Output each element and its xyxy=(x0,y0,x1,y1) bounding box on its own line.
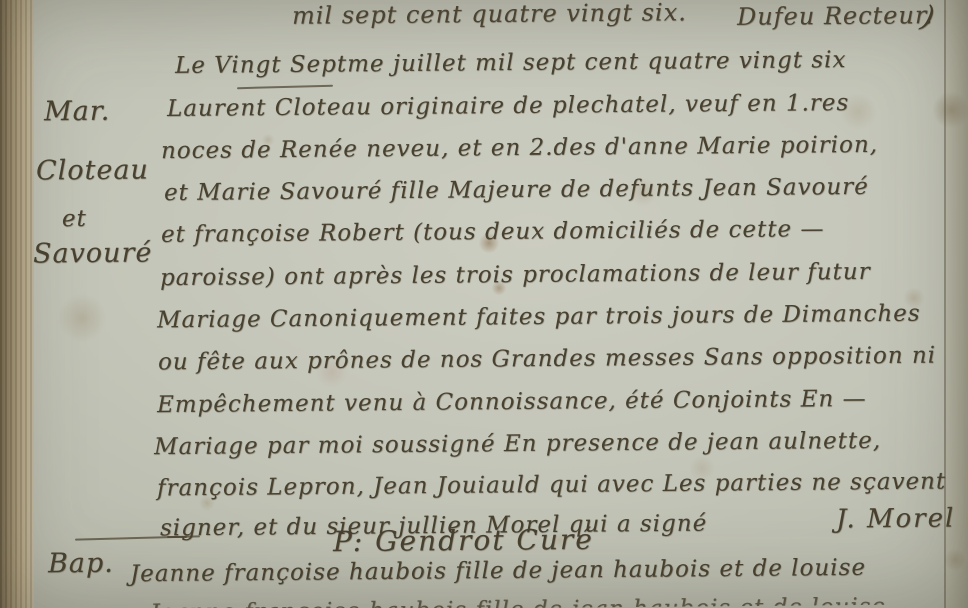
baptism-line-2-cutoff: Jeanne françoise haubois fille de jean h… xyxy=(150,594,886,608)
priest-signature: P: Gendrot Curé xyxy=(333,523,594,558)
marriage-line-6: paroisse) ont après les trois proclamati… xyxy=(160,259,871,291)
dash-mark xyxy=(167,536,187,538)
marriage-line-2: Laurent Cloteau originaire de plechatel,… xyxy=(167,90,849,122)
page-edges-texture xyxy=(0,0,34,608)
marriage-line-1: Le Vingt Septme juillet mil sept cent qu… xyxy=(175,47,847,79)
baptism-line-1: Jeanne françoise haubois fille de jean h… xyxy=(130,555,866,587)
marriage-line-3: noces de Renée neveu, et en 2.des d'anne… xyxy=(161,132,878,164)
margin-groom-surname: Cloteau xyxy=(36,155,149,187)
marriage-line-9: Empêchement venu à Connoissance, été Con… xyxy=(157,386,867,418)
margin-bride-surname: Savouré xyxy=(33,237,153,269)
marriage-line-11: françois Lepron, Jean Jouiauld qui avec … xyxy=(157,469,946,502)
marriage-line-7: Mariage Canoniquement faites par trois j… xyxy=(157,301,921,334)
parish-register-page-photo: mil sept cent quatre vingt six. Dufeu Re… xyxy=(0,0,968,608)
marriage-line-10: Mariage par moi soussigné En presence de… xyxy=(154,428,881,460)
witness-signature: J. Morel xyxy=(836,503,956,534)
separator-stroke-top xyxy=(237,85,333,90)
margin-baptism-abbrev: Bap. xyxy=(48,548,114,580)
margin-conjunction: et xyxy=(62,206,87,232)
previous-record-officiant-signature: Dufeu Recteur. xyxy=(737,1,934,31)
marriage-line-5: et françoise Robert (tous deux domicilié… xyxy=(161,216,825,248)
margin-marriage-abbrev: Mar. xyxy=(44,96,111,128)
book-binding-edge xyxy=(0,0,34,608)
previous-record-closing-text: mil sept cent quatre vingt six. xyxy=(292,0,687,30)
marriage-line-8: ou fête aux prônes de nos Grandes messes… xyxy=(158,343,936,376)
marriage-line-4: et Marie Savouré fille Majeure de defunt… xyxy=(164,174,869,206)
